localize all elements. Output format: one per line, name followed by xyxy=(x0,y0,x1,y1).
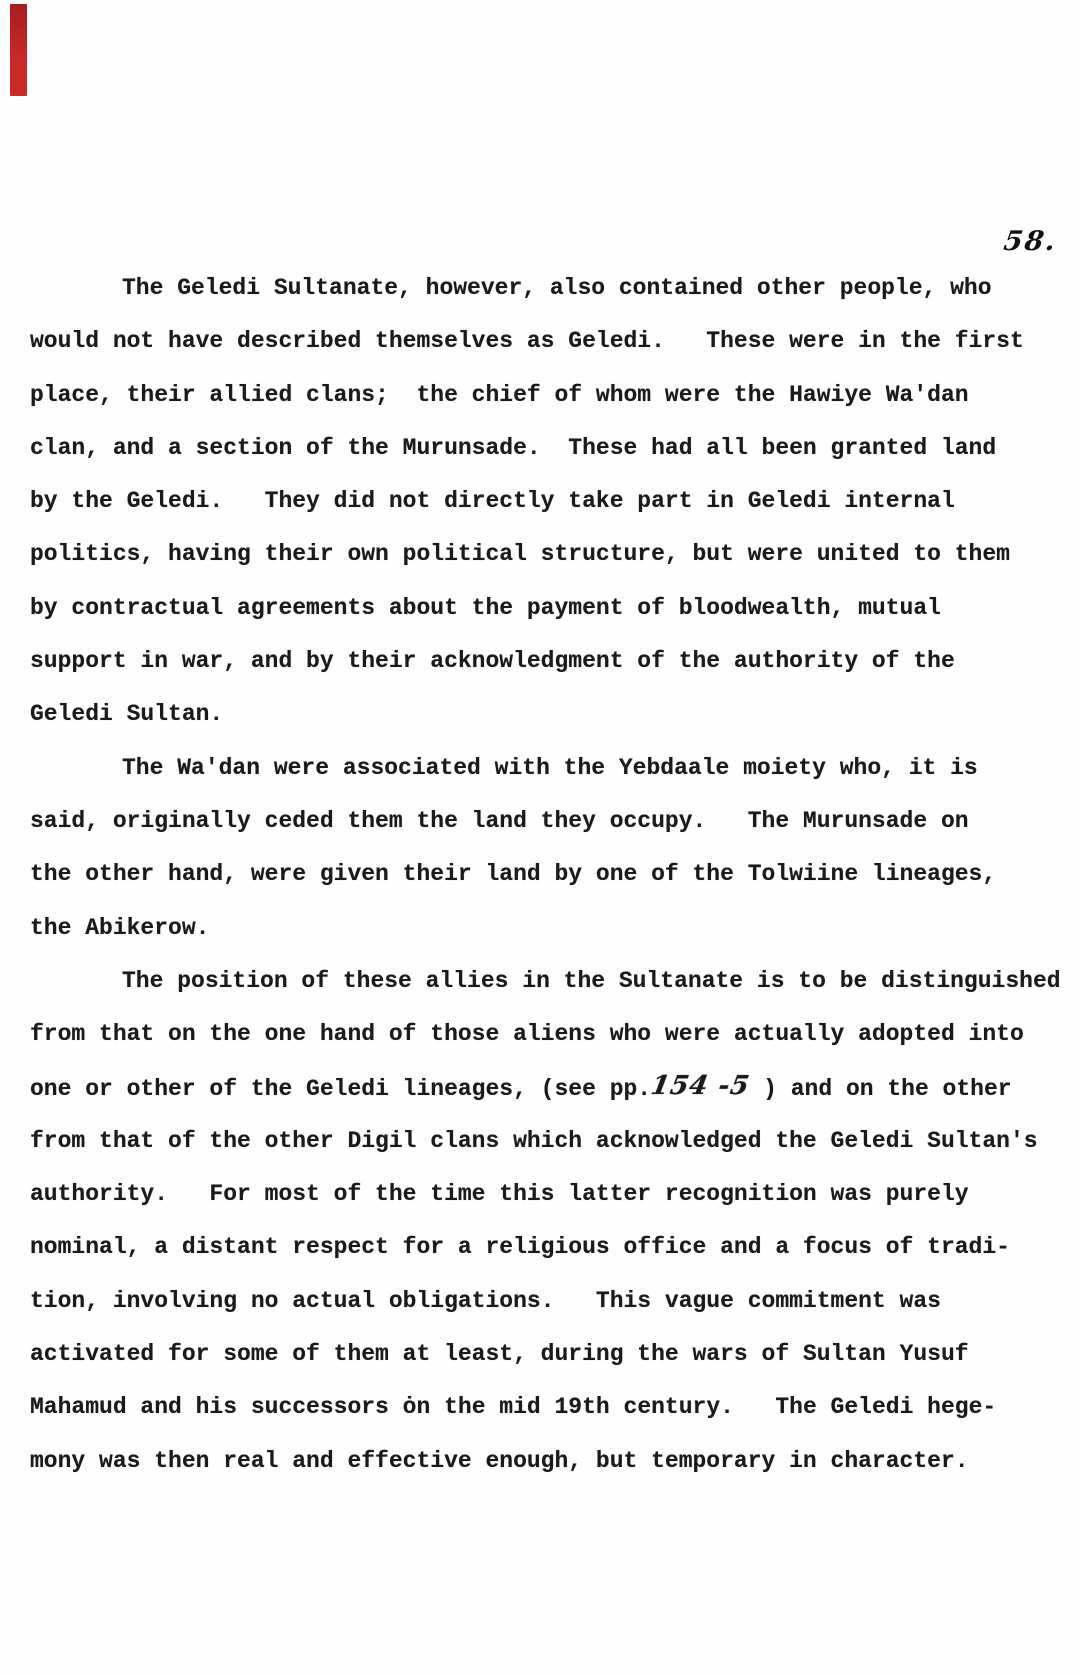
text-segment: Mahamud and his successors xyxy=(30,1394,403,1420)
handwritten-page-number: 58. xyxy=(1002,226,1059,257)
text-line: Mahamud and his successors ȯn the mid 19… xyxy=(30,1381,1060,1434)
text-line: Geledi Sultan. xyxy=(30,688,1060,741)
text-line: place, their allied clans; the chief of … xyxy=(30,369,1060,422)
text-line: mony was then real and effective enough,… xyxy=(30,1435,1060,1488)
text-line: the other hand, were given their land by… xyxy=(30,848,1060,901)
text-line: the Abikerow. xyxy=(30,902,1060,955)
text-line: would not have described themselves as G… xyxy=(30,315,1060,368)
handwritten-annotation: ȯ xyxy=(403,1394,417,1420)
text-line: tion, involving no actual obligations. T… xyxy=(30,1275,1060,1328)
text-segment: ) and on the other xyxy=(749,1076,1011,1102)
text-line: one or other of the Geledi lineages, (se… xyxy=(30,1061,1060,1114)
text-line: by the Geledi. They did not directly tak… xyxy=(30,475,1060,528)
text-line: activated for some of them at least, dur… xyxy=(30,1328,1060,1381)
text-line: The Geledi Sultanate, however, also cont… xyxy=(30,262,1060,315)
red-margin-mark xyxy=(10,4,27,96)
text-line: The position of these allies in the Sult… xyxy=(30,955,1060,1008)
text-line: by contractual agreements about the paym… xyxy=(30,582,1060,635)
text-line: nominal, a distant respect for a religio… xyxy=(30,1221,1060,1274)
text-line: The Wa'dan were associated with the Yebd… xyxy=(30,742,1060,795)
text-line: said, originally ceded them the land the… xyxy=(30,795,1060,848)
document-text: The Geledi Sultanate, however, also cont… xyxy=(30,262,1060,1488)
text-line: from that of the other Digil clans which… xyxy=(30,1115,1060,1168)
text-segment: one or other of the Geledi lineages, (se… xyxy=(30,1076,651,1102)
handwritten-annotation: 154 -5 xyxy=(647,1060,755,1113)
text-line: support in war, and by their acknowledgm… xyxy=(30,635,1060,688)
text-line: from that on the one hand of those alien… xyxy=(30,1008,1060,1061)
text-segment: n the mid 19th century. The Geledi hege- xyxy=(416,1394,996,1420)
text-line: politics, having their own political str… xyxy=(30,528,1060,581)
document-page: 58. The Geledi Sultanate, however, also … xyxy=(0,0,1080,1676)
text-line: clan, and a section of the Murunsade. Th… xyxy=(30,422,1060,475)
text-line: authority. For most of the time this lat… xyxy=(30,1168,1060,1221)
